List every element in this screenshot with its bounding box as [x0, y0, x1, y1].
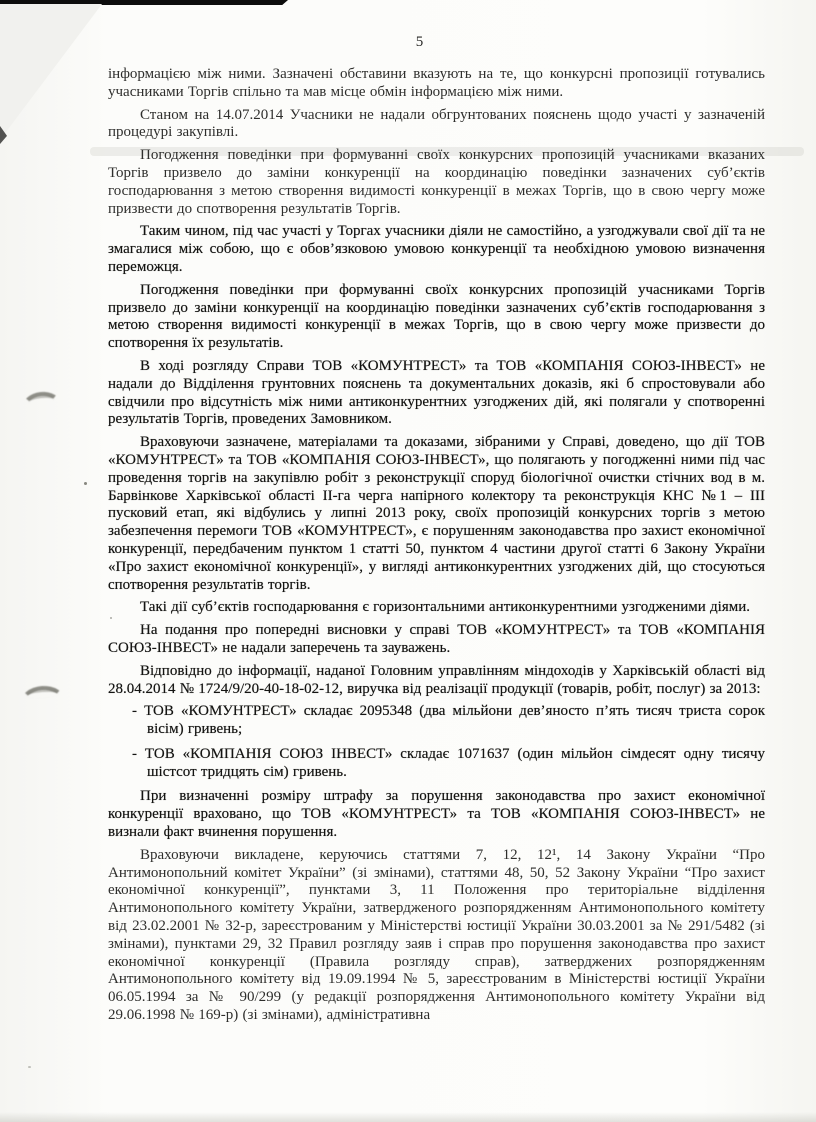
- scanned-document-page: 5 інформацією між ними. Зазначені обстав…: [0, 0, 816, 1122]
- paragraph: В ході розгляду Справи ТОВ «КОМУНТРЕСТ» …: [108, 358, 765, 429]
- paragraph: Такі дії суб’єктів господарювання є гори…: [108, 599, 765, 617]
- list-item-revenue-komuntrest: - ТОВ «КОМУНТРЕСТ» складає 2095348 (два …: [132, 703, 765, 739]
- paragraph: Станом на 14.07.2014 Учасники не надали …: [108, 107, 765, 143]
- page-corner-fold: [0, 4, 102, 140]
- paragraph-continuation: інформацією між ними. Зазначені обставин…: [108, 66, 765, 102]
- document-body: 5 інформацією між ними. Зазначені обстав…: [108, 34, 765, 1030]
- paragraph: Враховуючи зазначене, матеріалами та док…: [108, 434, 765, 594]
- binding-hole-shadow-bottom: [19, 684, 67, 721]
- paragraph: Погодження поведінки при формуванні свої…: [108, 282, 765, 353]
- scan-speck: [28, 1066, 31, 1068]
- scan-speck: [84, 482, 87, 485]
- paragraph: На подання про попередні висновки у спра…: [108, 622, 765, 658]
- paragraph: Погодження поведінки при формуванні свої…: [108, 147, 765, 218]
- paragraph: Таким чином, під час участі у Торгах уча…: [108, 223, 765, 276]
- list-item-revenue-soyuz-invest: - ТОВ «КОМПАНІЯ СОЮЗ ІНВЕСТ» складає 107…: [132, 746, 765, 782]
- page-number: 5: [108, 34, 765, 51]
- paragraph: При визначенні розміру штрафу за порушен…: [108, 788, 765, 841]
- paragraph: Відповідно до інформації, наданої Головн…: [108, 663, 765, 699]
- binding-hole-shadow-top: [21, 390, 64, 424]
- paragraph: Враховуючи викладене, керуючись статтями…: [108, 847, 765, 1025]
- scanner-edge-bottom-shadow: [0, 1112, 816, 1122]
